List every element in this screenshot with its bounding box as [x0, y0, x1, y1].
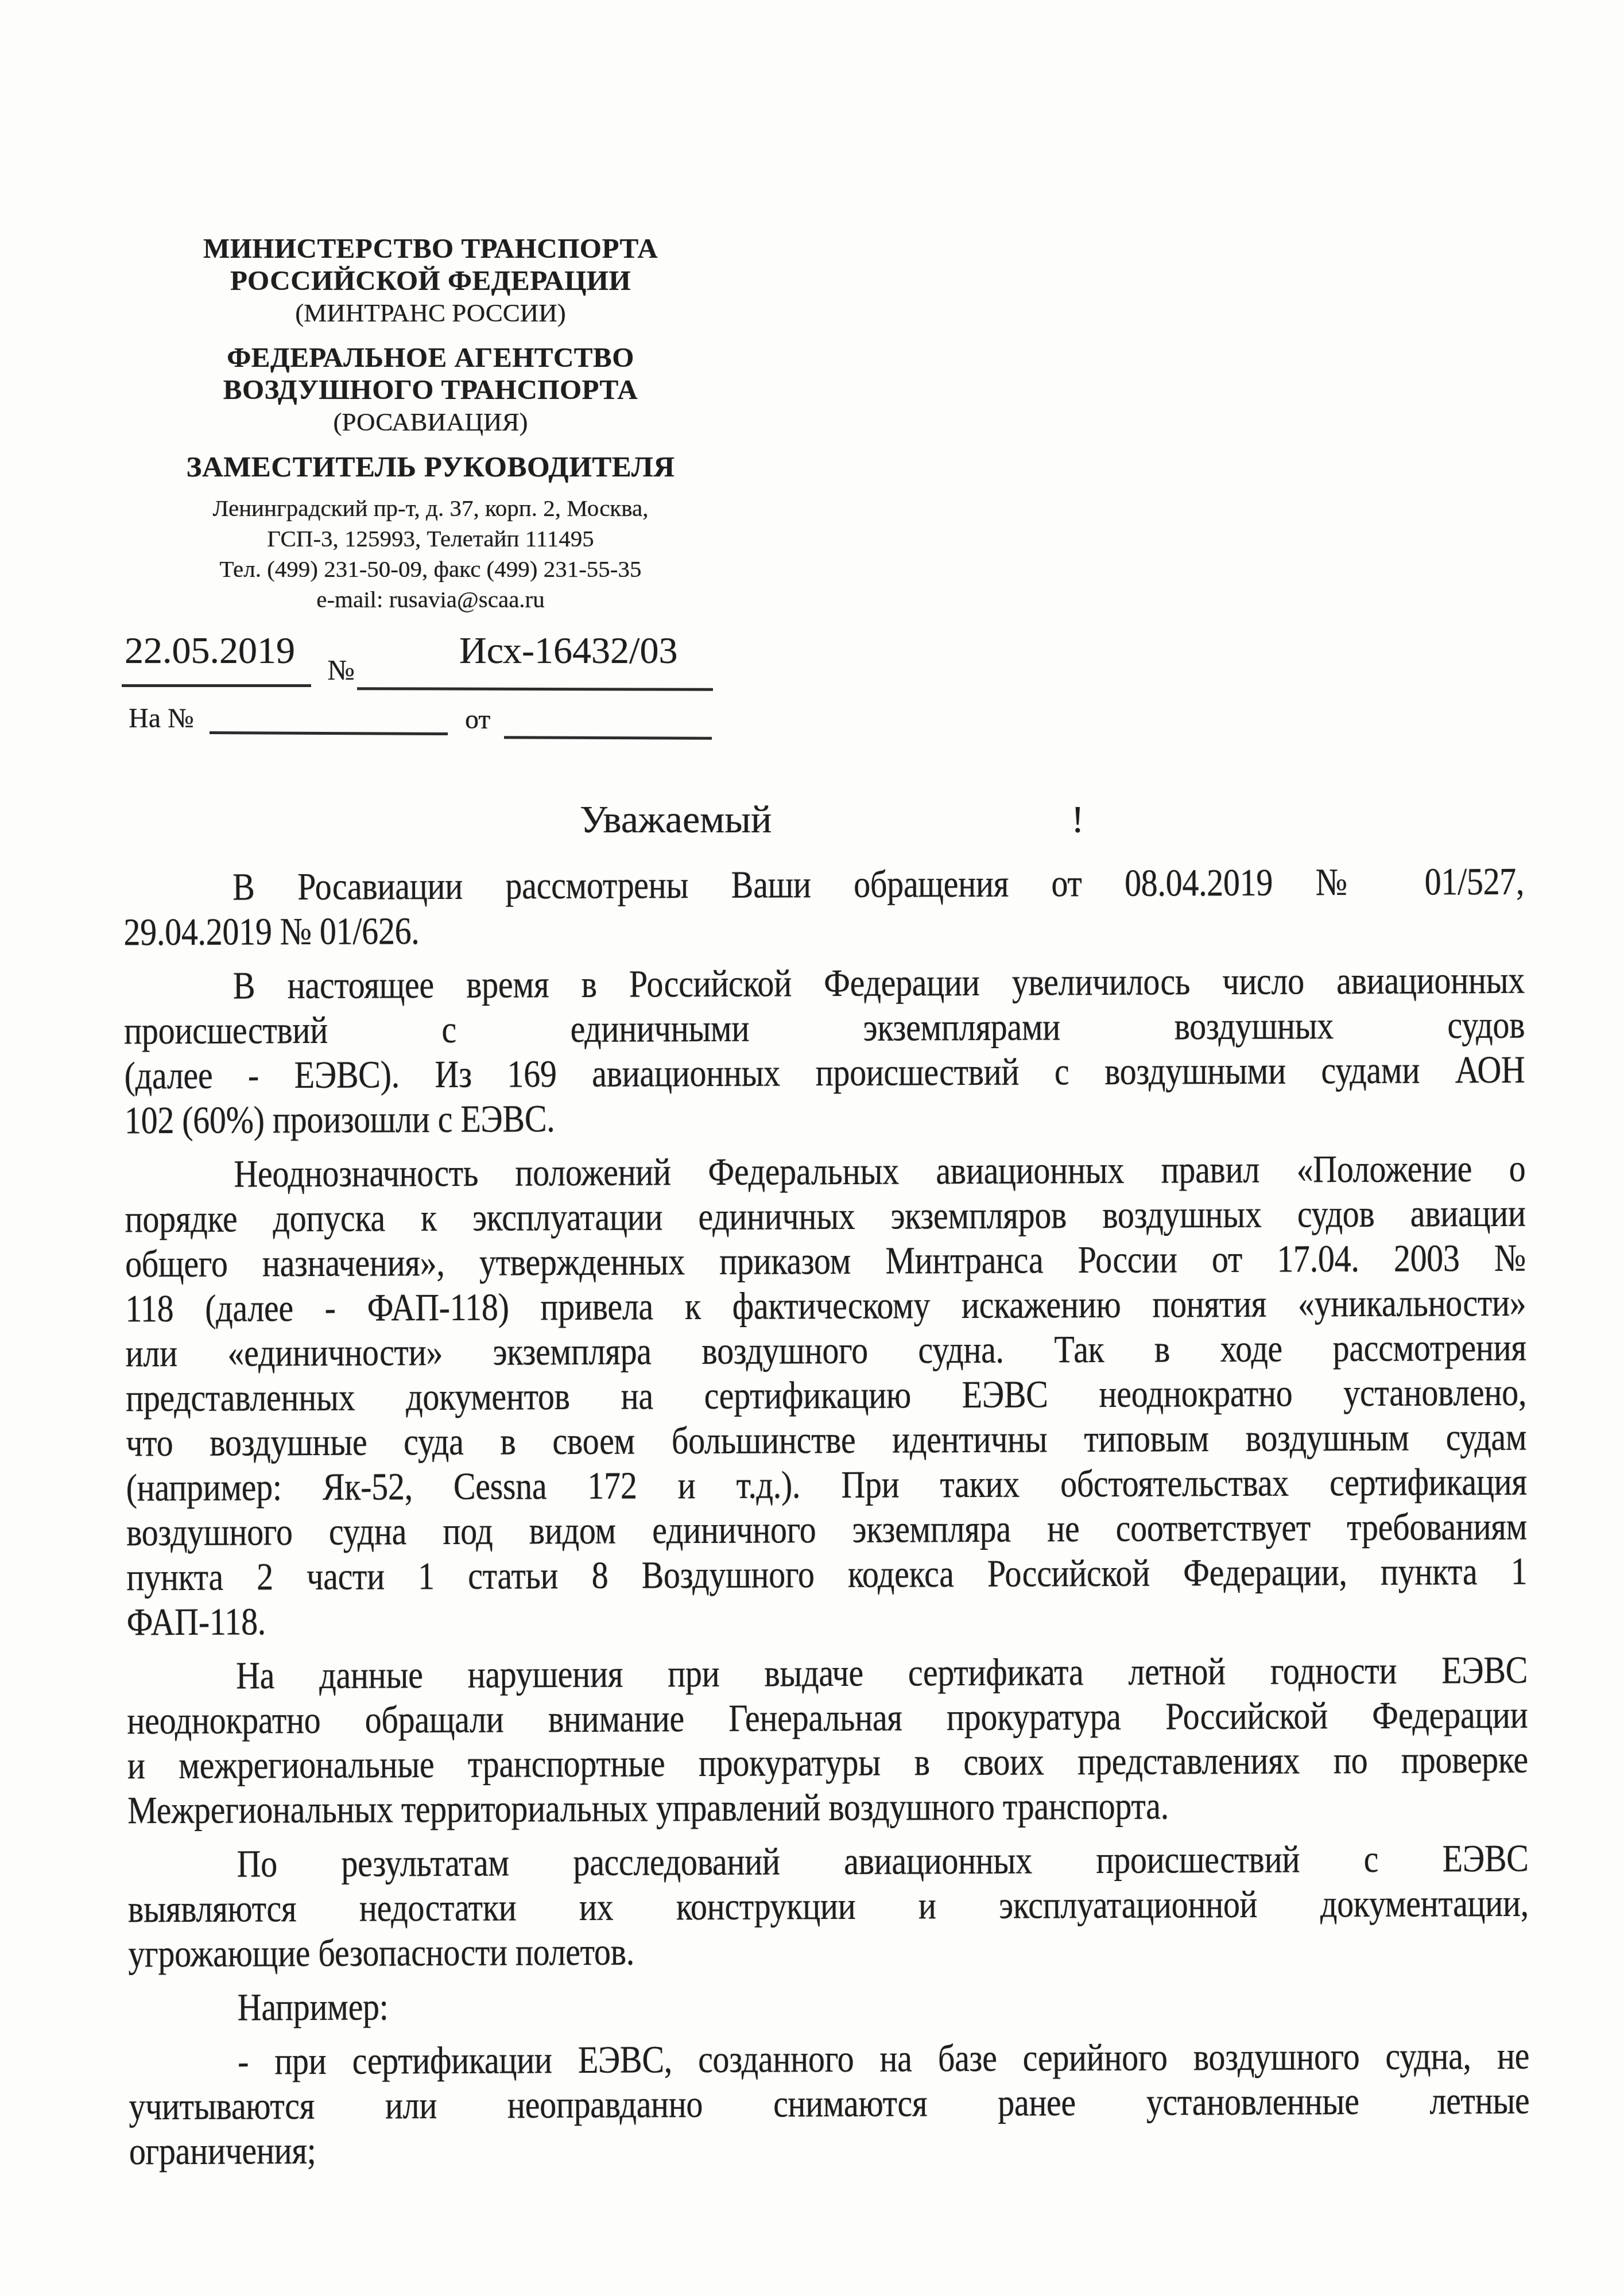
body-line: угрожающие безопасности полетов. — [128, 1922, 1529, 1980]
address-phone-line: Тел. (499) 231-50-09, факс (499) 231-55-… — [161, 554, 700, 584]
paragraph: В Росавиации рассмотрены Ваши обращения … — [123, 859, 1525, 955]
body-line: 29.04.2019 № 01/626. — [123, 900, 1524, 958]
agency-name-line1: ФЕДЕРАЛЬНОЕ АГЕНТСТВО — [161, 342, 700, 374]
number-sign: № — [327, 653, 355, 687]
address-postal-line: ГСП-3, 125993, Телетайп 111495 — [161, 523, 700, 554]
paragraph: Например: — [129, 1980, 1529, 2031]
agency-name-line2: ВОЗДУШНОГО ТРАНСПОРТА — [161, 374, 700, 406]
letterhead-spacer — [161, 329, 700, 342]
paragraph: Неоднозначность положений Федеральных ав… — [125, 1146, 1528, 1645]
body-line: 102 (60%) произошли с ЕЭВС. — [125, 1088, 1525, 1146]
document-page: МИНИСТЕРСТВО ТРАНСПОРТА РОССИЙСКОЙ ФЕДЕР… — [0, 0, 1624, 2296]
paragraph: - при сертификации ЕЭВС, созданного на б… — [129, 2034, 1530, 2174]
ministry-name-line1: МИНИСТЕРСТВО ТРАНСПОРТА — [161, 232, 700, 265]
salutation-greeting: Уважаемый — [580, 797, 772, 842]
body-line: Межрегиональных территориальных управлен… — [127, 1778, 1528, 1836]
outgoing-number-underline — [357, 687, 713, 691]
incoming-number-label: На № — [129, 703, 194, 734]
signer-position-title: ЗАМЕСТИТЕЛЬ РУКОВОДИТЕЛЯ — [161, 451, 700, 484]
paragraph: В настоящее время в Российской Федерации… — [124, 958, 1525, 1143]
date-underline — [122, 684, 311, 687]
ministry-short-name: (МИНТРАНС РОССИИ) — [161, 297, 700, 329]
address-email-line: e-mail: rusavia@scaa.ru — [161, 584, 700, 615]
paragraph: На данные нарушения при выдаче сертифика… — [127, 1648, 1528, 1833]
letter-date: 22.05.2019 — [125, 629, 295, 673]
letterhead-address: Ленинградский пр-т, д. 37, корп. 2, Моск… — [161, 493, 700, 615]
paragraph: По результатам расследований авиационных… — [127, 1836, 1529, 1977]
address-street-line: Ленинградский пр-т, д. 37, корп. 2, Моск… — [161, 493, 700, 523]
ministry-name-line2: РОССИЙСКОЙ ФЕДЕРАЦИИ — [161, 265, 700, 297]
letterhead: МИНИСТЕРСТВО ТРАНСПОРТА РОССИЙСКОЙ ФЕДЕР… — [161, 232, 700, 615]
letter-body: В Росавиации рассмотрены Ваши обращения … — [123, 859, 1530, 2174]
body-line: Например: — [129, 1976, 1529, 2034]
body-line: ограничения; — [129, 2119, 1530, 2177]
agency-short-name: (РОСАВИАЦИЯ) — [161, 406, 700, 438]
body-line: ФАП-118. — [127, 1590, 1528, 1648]
incoming-number-underline — [210, 731, 448, 735]
incoming-date-underline — [504, 736, 712, 740]
salutation-exclamation: ! — [1071, 797, 1084, 842]
outgoing-number: Исх-16432/03 — [459, 629, 677, 673]
incoming-date-label: от — [465, 704, 490, 735]
